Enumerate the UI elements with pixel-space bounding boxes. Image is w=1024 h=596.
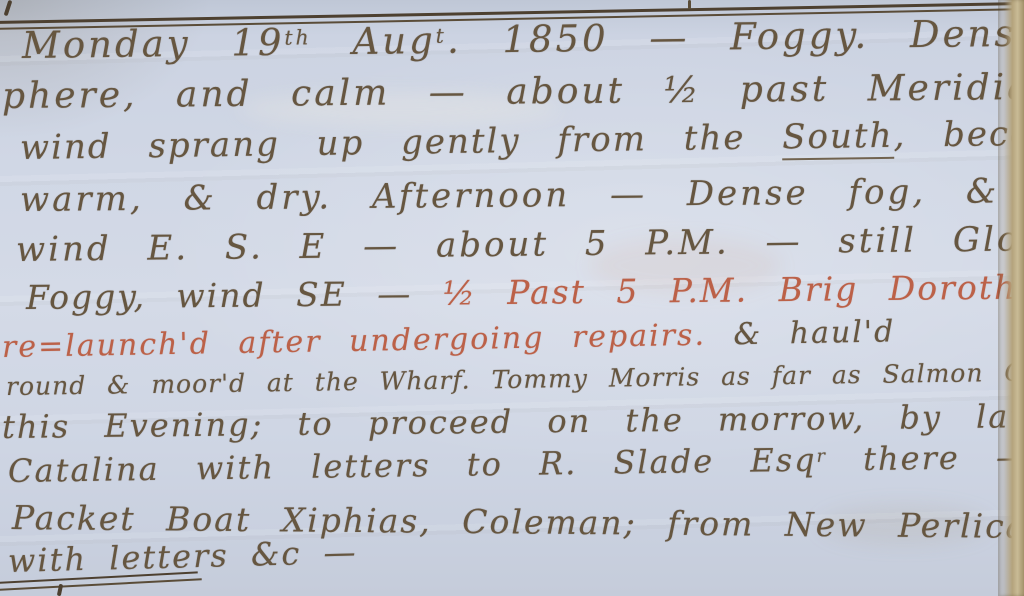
next-line-fragment	[57, 584, 63, 596]
text-segment: t	[436, 24, 447, 48]
manuscript-line-10: Catalina with letters to R. Slade Esqr t…	[8, 438, 1024, 490]
text-segment: r	[816, 447, 827, 467]
text-segment: warm, & dry. Afternoon — Dense fog, & Da…	[20, 170, 1024, 220]
text-segment: & haul'd	[706, 314, 896, 352]
manuscript-line-4: warm, & dry. Afternoon — Dense fog, & Da…	[20, 170, 1024, 220]
text-segment: this Evening; to proceed on the morrow, …	[2, 396, 1024, 446]
manuscript-line-9: this Evening; to proceed on the morrow, …	[2, 396, 1024, 446]
text-segment: Foggy, wind SE —	[26, 274, 443, 317]
text-segment: wind E. S. E — about 5 P.M. — still Gloo…	[16, 217, 1024, 270]
text-segment: round & moor'd at the Wharf. Tommy Morri…	[6, 357, 1024, 401]
manuscript-line-6: Foggy, wind SE — ½ Past 5 P.M. Brig Doro…	[26, 267, 1024, 317]
manuscript-line-3: wind sprang up gently from the South, be…	[20, 113, 1024, 168]
previous-line-fragment	[688, 0, 691, 9]
text-segment: . 1850 — Foggy. Dense atmos—	[447, 9, 1024, 62]
text-segment: there —	[827, 438, 1024, 479]
manuscript-line-5: wind E. S. E — about 5 P.M. — still Gloo…	[16, 217, 1024, 270]
text-segment: Aug	[311, 19, 436, 64]
text-segment: th	[284, 25, 312, 49]
manuscript-line-2: phere, and calm — about ½ past Meridian	[2, 67, 1024, 117]
text-segment: Monday 19	[22, 21, 285, 67]
manuscript-line-7: re=launch'd after undergoing repairs. & …	[2, 314, 896, 365]
text-segment: ½ Past 5 P.M. Brig Dorothy,	[443, 267, 1024, 312]
text-segment: re=launch'd after undergoing repairs.	[2, 318, 707, 365]
text-segment: phere, and calm — about ½ past Meridian	[2, 67, 1024, 117]
page-edge-binding	[998, 0, 1024, 596]
text-segment: South	[782, 116, 894, 161]
text-segment: Catalina with letters to R. Slade Esq	[8, 441, 817, 490]
text-segment: wind sprang up gently from the	[20, 117, 783, 168]
manuscript-line-8: round & moor'd at the Wharf. Tommy Morri…	[6, 357, 1024, 401]
previous-line-fragment	[4, 0, 13, 16]
manuscript-page: Monday 19th Augt. 1850 — Foggy. Dense at…	[0, 0, 1024, 596]
